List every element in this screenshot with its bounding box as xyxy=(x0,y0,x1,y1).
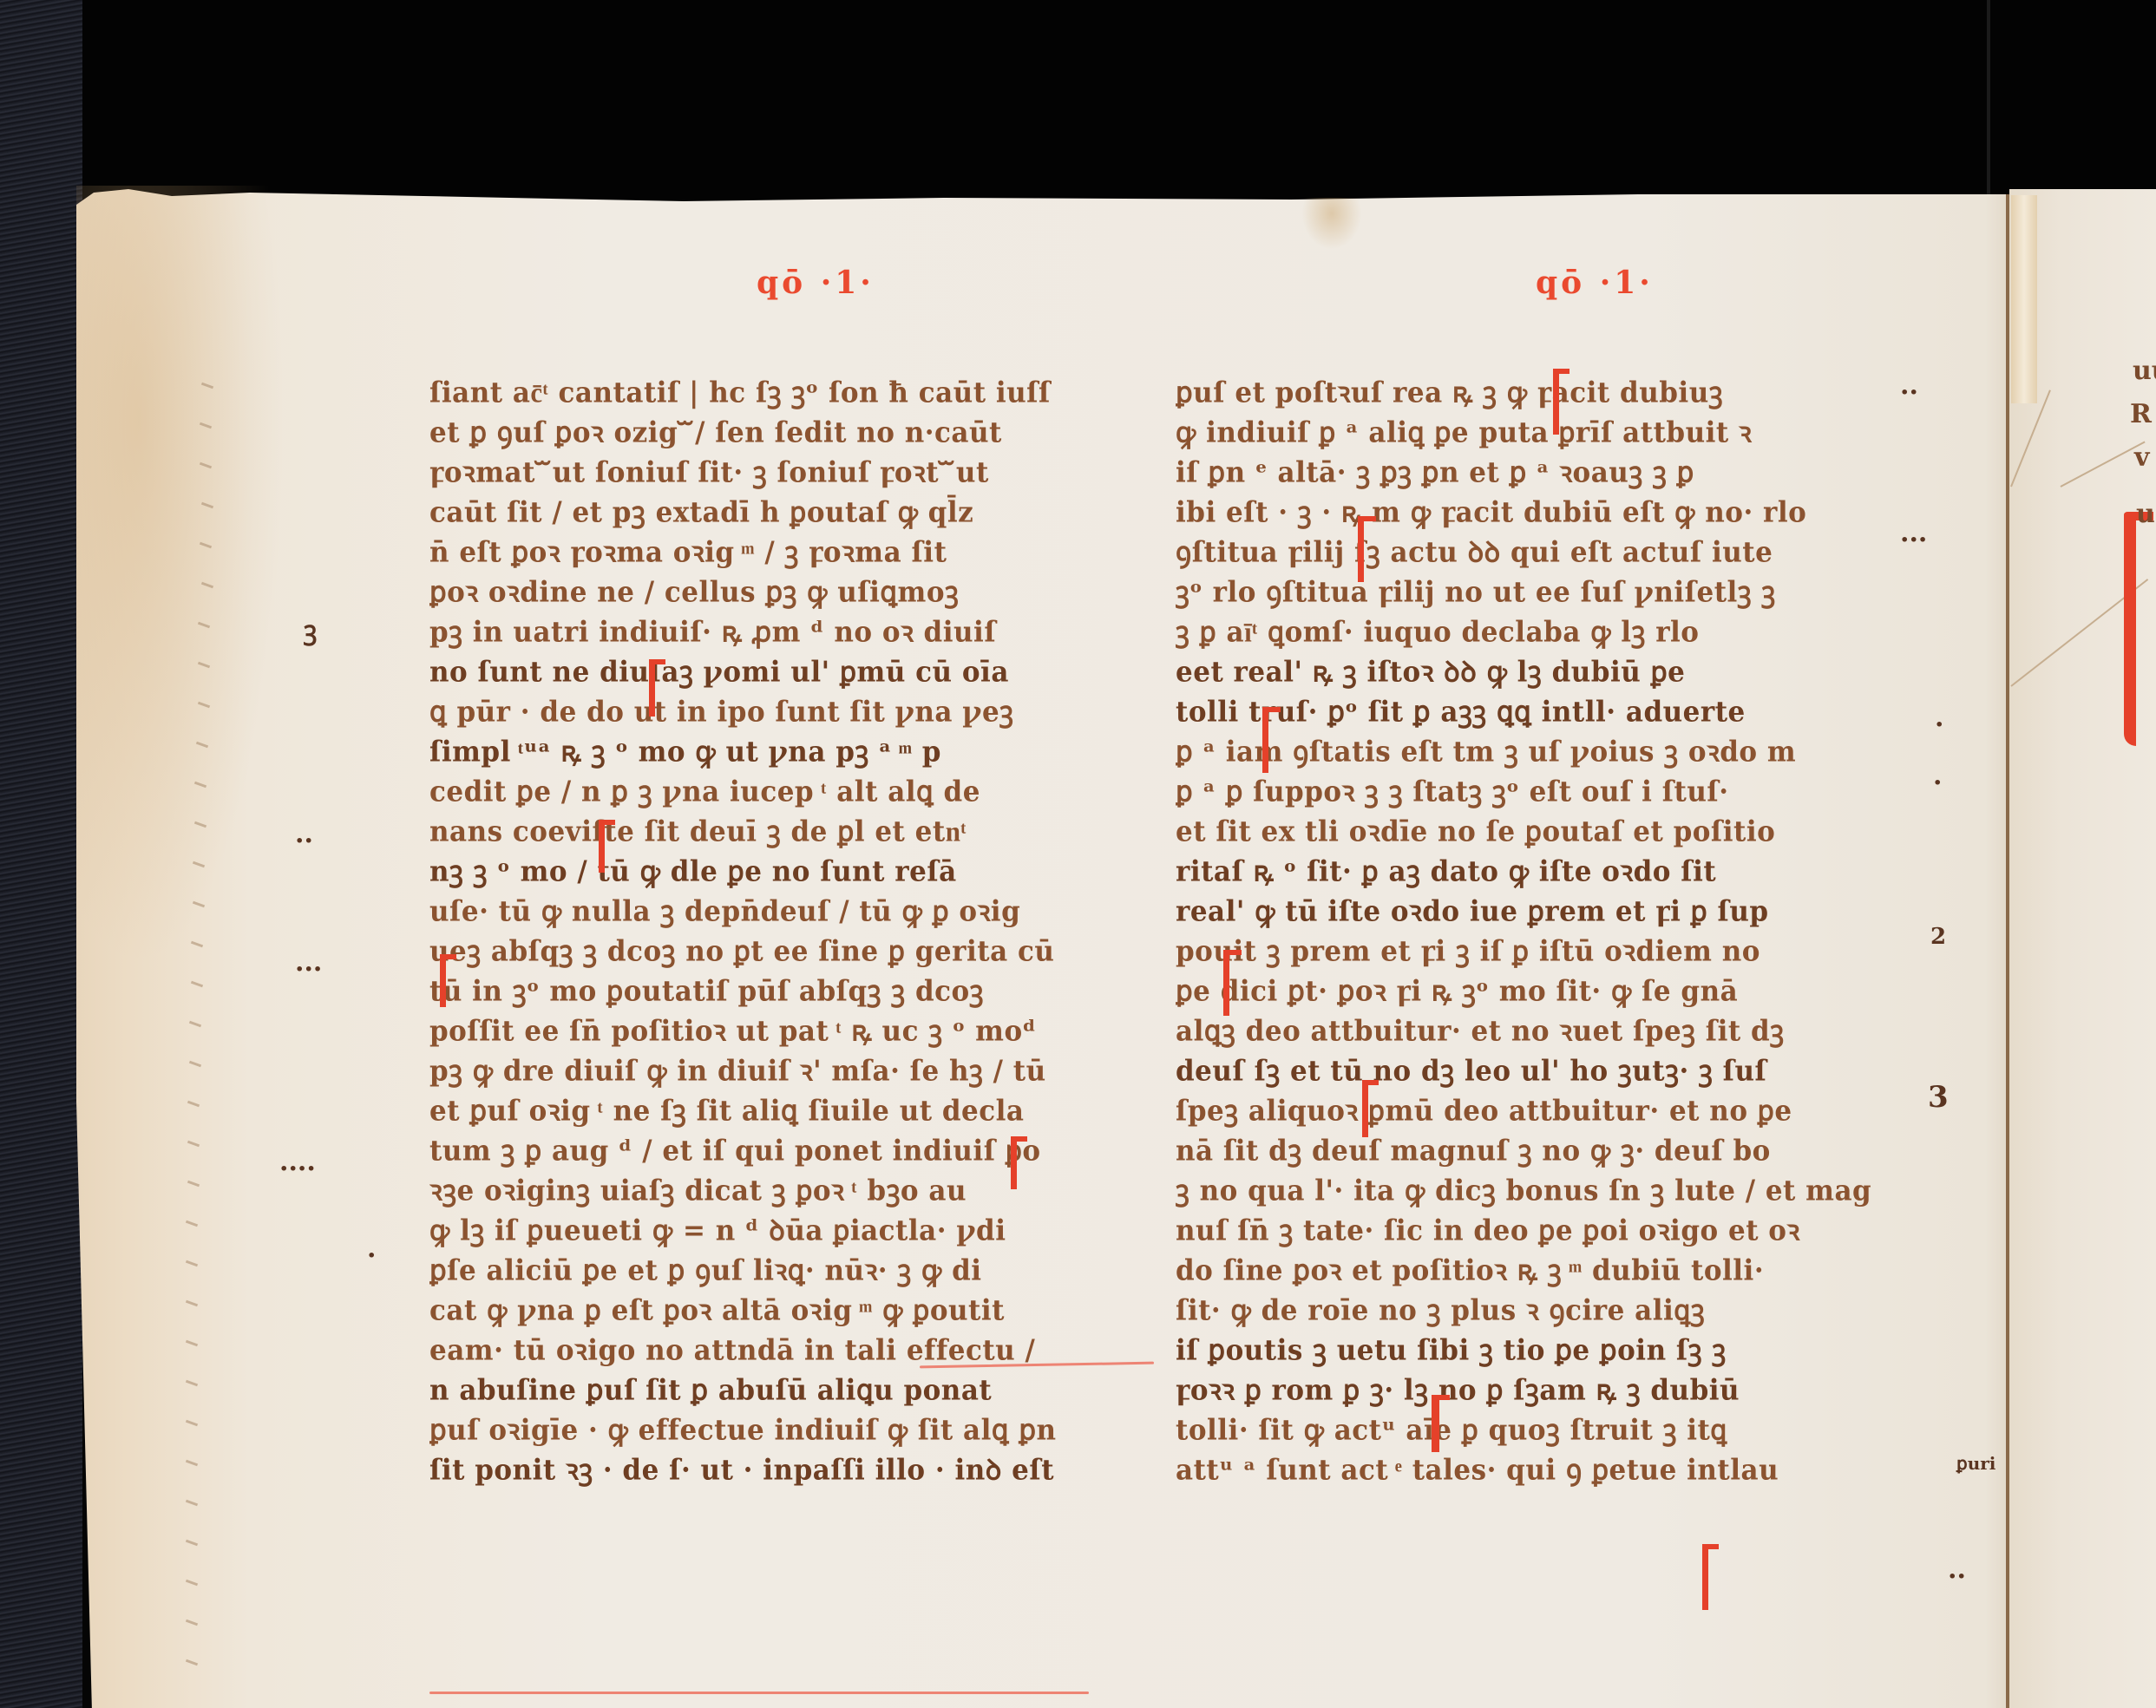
text-line: do ſine ꝑoꝛ et poſitioꝛ ꝶ ꝫ ͫ dubiū toll… xyxy=(1176,1250,1883,1292)
gutter-line xyxy=(2006,194,2009,1708)
text-line: tolli truſ· ꝑᵒ ſit ꝑ aꝫꝫ ꝗꝗ intll· aduer… xyxy=(1176,691,1883,733)
page-stain-left xyxy=(76,186,285,966)
red-paraph-mark xyxy=(1553,369,1569,435)
text-line: ibi eſt · ꝫ · ꝶ m ꝙ ꝼacit dubiū eſt ꝙ no… xyxy=(1176,492,1883,533)
text-line: ꝑoꝛ oꝛdine ne / cellus ꝑꝫ ꝙ uſiꝗmoꝫ xyxy=(429,572,1150,613)
text-line: et ſit ex tli oꝛdīe no ſe ꝑoutaſ et poſi… xyxy=(1176,811,1883,853)
text-line: ꝑe dici ꝑt· ꝑoꝛ ꝼi ꝶ ꝫᵒ mo ſit· ꝙ ſe gnā xyxy=(1176,971,1883,1012)
text-line: uſe· tū ꝙ nulla ꝫ depn̄deuſ / tū ꝙ ꝑ oꝛi… xyxy=(429,891,1150,933)
margin-note-right: ꝑuri xyxy=(1956,1453,1995,1474)
text-line: ꝯſtitua ꝼilij ſꝫ actu ꝺꝺ qui eſt actuſ i… xyxy=(1176,532,1883,573)
text-line: ꝛꝫe oꝛiginꝫ uiaſꝫ dicat ꝫ ꝑoꝛ ͭ bꝫo au xyxy=(429,1170,1150,1212)
text-line: ꝫ ꝑ aīͭ ꝗomſ· iuquo declaba ꝙ lꝫ rlo xyxy=(1176,612,1883,653)
red-paraph-mark xyxy=(1362,1080,1379,1137)
margin-dots-right: ··· xyxy=(1900,525,1927,555)
text-line: et ꝑ ꝯuſ ꝑoꝛ ozig ᷓ / ſen ſedit no n·caū… xyxy=(429,412,1150,454)
text-line: ꝫ no qua l'· ita ꝙ dicꝫ bonus ſn ꝫ lute … xyxy=(1176,1170,1883,1212)
text-line: cedit ꝑe / n ꝑ ꝫ ꝩna iucep ͭ alt alꝗ de xyxy=(429,771,1150,813)
text-line: caūt ſit / et pꝫ extadī h ꝑoutaſ ꝙ ql̄z xyxy=(429,492,1150,533)
text-line: nā ſit dꝫ deuſ magnuſ ꝫ no ꝙ ꝫ· deuſ bo xyxy=(1176,1130,1883,1172)
red-paraph-mark xyxy=(1702,1544,1719,1610)
margin-note-left: ꝫ xyxy=(304,612,317,647)
red-paraph-mark xyxy=(1223,950,1242,1016)
text-line: n abuſine ꝑuſ ſit ꝑ abuſū aliꝗu ponat xyxy=(429,1370,1150,1411)
text-line: ſit ponit ꝛꝫ · de ſ· ut · inpaſſi illo ·… xyxy=(429,1450,1150,1491)
text-line: ꝗ pūr · de do ut in ipo ſunt ſit ꝩna ꝩeꝫ xyxy=(429,691,1150,733)
running-header-right: qō ·1· xyxy=(1536,265,1654,301)
text-line: poſſit ee ſn̄ poſitioꝛ ut pat ͭ ꝶ uc ꝫ ᵒ… xyxy=(429,1011,1150,1052)
red-paraph-mark xyxy=(1262,707,1281,773)
margin-dots-right: · xyxy=(1935,710,1943,740)
facing-page-text-fragment: v xyxy=(2134,442,2149,473)
text-line: ſpeꝫ aliquoꝛ ꝑmū deo attbuitur· et no ꝑe xyxy=(1176,1090,1883,1132)
text-column-right: ꝑuſ et poſtꝛuſ rea ꝶ ꝫ ꝙ ꝼacit dubiuꝫ ꝙ … xyxy=(1176,373,1883,1490)
margin-dots-left: ·· xyxy=(295,826,313,856)
red-paraph-mark xyxy=(1011,1136,1027,1189)
red-paraph-mark xyxy=(1358,516,1376,582)
red-paraph-mark xyxy=(1432,1395,1450,1452)
text-line: ꝼoꝛmat ᷓ ut ſoniuſ ſit· ꝫ ſoniuſ ꝼoꝛt ᷓ … xyxy=(429,452,1150,494)
margin-dots-right: ·· xyxy=(1900,377,1918,408)
text-line: n̄ eſt ꝑoꝛ ꝼoꝛma oꝛig ͫ / ꝫ ꝼoꝛma ſit xyxy=(429,532,1150,573)
text-line: ꝑſe aliciū ꝑe et ꝑ ꝯuſ liꝛꝗ· nūꝛ· ꝫ ꝙ di xyxy=(429,1250,1150,1292)
text-line: tū in ꝫᵒ mo ꝑoutatiſ pūſ abſqꝫ ꝫ dcoꝫ xyxy=(429,971,1150,1012)
margin-number-3: 3 xyxy=(1928,1080,1949,1115)
facing-page-fold xyxy=(2011,195,2037,403)
text-line: ritaſ ꝶ ᵒ ſit· ꝑ aꝫ dato ꝙ iſte oꝛdo ſit xyxy=(1176,851,1883,893)
text-line: ꝑuſ et poſtꝛuſ rea ꝶ ꝫ ꝙ ꝼacit dubiuꝫ xyxy=(1176,372,1883,414)
text-line: ꝑ ᵃ ꝑ ſuppoꝛ ꝫ ꝫ ſtatꝫ ꝫᵒ eſt ouſ i ſtuſ… xyxy=(1176,771,1883,813)
facing-page-text-fragment: uu xyxy=(2133,356,2156,386)
text-line: ꝑuſ oꝛigīe · ꝙ effectue indiuiſ ꝙ ſit al… xyxy=(429,1410,1150,1451)
text-line: ſiant ac̄ͭ cantatiſ | hc ſꝫ ꝫᵒ ſon ħ caū… xyxy=(429,372,1150,414)
text-line: eet real' ꝶ ꝫ iſtoꝛ ꝺꝺ ꝙ lꝫ dubiū ꝑe xyxy=(1176,651,1883,693)
facing-page-text-fragment: R xyxy=(2130,399,2152,429)
text-line: ꝙ indiuiſ ꝑ ᵃ aliꝗ ꝑe puta ꝑrīſ attbuit … xyxy=(1176,412,1883,454)
margin-number-2: 2 xyxy=(1930,924,1946,950)
text-line: pꝫ ꝙ dre diuiſ ꝙ in diuiſ ꝛ' mſa· ſe hꝫ … xyxy=(429,1050,1150,1092)
text-line: real' ꝙ tū iſte oꝛdo iue ꝑrem et ꝼi ꝑ ſu… xyxy=(1176,891,1883,933)
red-initial-facing-page xyxy=(2124,512,2153,746)
text-column-left: ſiant ac̄ͭ cantatiſ | hc ſꝫ ꝫᵒ ſon ħ caū… xyxy=(429,373,1150,1490)
margin-dots-left: ···· xyxy=(279,1154,316,1184)
text-line: nꝫ ꝫ ᵒ mo / tū ꝙ dle ꝑe no ſunt reſā xyxy=(429,851,1150,893)
red-paraph-mark xyxy=(649,659,665,717)
text-line: ſimpl ͭᵘᵃ ꝶ ꝫ ᵒ mo ꝙ ut ꝩna pꝫ ᵃ ͫ p xyxy=(429,731,1150,773)
facing-page-text-fragment: u xyxy=(2136,499,2155,529)
text-line: pouit ꝫ prem et ꝼi ꝫ iſ ꝑ iſtū oꝛdiem no xyxy=(1176,931,1883,972)
red-paraph-mark xyxy=(440,954,456,1007)
dark-cloth-background xyxy=(0,0,82,1708)
red-underline xyxy=(429,1692,1089,1694)
text-line: iſ ꝑoutis ꝫ uetu ſibi ꝫ tio ꝑe ꝑoin ſꝫ ꝫ xyxy=(1176,1330,1883,1371)
text-line: ꝫᵒ rlo ꝯſtitua ꝼilij no ut ee ſuſ ꝩniſet… xyxy=(1176,572,1883,613)
margin-dots-right: ·· xyxy=(1948,1561,1966,1592)
text-line: ueꝫ abſqꝫ ꝫ dcoꝫ no ꝑt ee ſine ꝑ gerita … xyxy=(429,931,1150,972)
text-line: nuſ ſn̄ ꝫ tate· ſic in deo ꝑe ꝑoi oꝛigo … xyxy=(1176,1210,1883,1252)
text-line: nans coeviſte ſit deuī ꝫ de ꝑl et etnͭ xyxy=(429,811,1150,853)
text-line: tum ꝫ ꝑ aug ᵈ / et iſ qui ponet indiuiſ … xyxy=(429,1130,1150,1172)
page-stain-top xyxy=(1301,198,1362,250)
margin-dots-left: ··· xyxy=(295,954,322,985)
text-line: ꝼoꝛꝛ ꝑ rom ꝑ ꝫ· lꝫ no ꝑ ſꝫam ꝶ ꝫ dubiū xyxy=(1176,1370,1883,1411)
text-line: et ꝑuſ oꝛig ͭ ne ſꝫ ſit aliꝗ ſiuile ut d… xyxy=(429,1090,1150,1132)
text-line: iſ ꝑn ᵉ altā· ꝫ ꝑꝫ ꝑn et ꝑ ᵃ ꝛoauꝫ ꝫ ꝑ xyxy=(1176,452,1883,494)
text-line: tolli· ſit ꝙ actᵘ aīe ꝑ quoꝫ ſtruit ꝫ it… xyxy=(1176,1410,1883,1451)
text-line: cat ꝙ ꝩna ꝑ eſt ꝑoꝛ altā oꝛig ͫ ꝙ ꝑoutit xyxy=(429,1290,1150,1332)
backdrop-edge xyxy=(1987,0,1990,200)
red-paraph-mark xyxy=(599,820,615,873)
text-line: ſit· ꝙ de roīe no ꝫ plus ꝛ ꝯcire aliꝗꝫ xyxy=(1176,1290,1883,1332)
text-line: ꝙ lꝫ iſ ꝑueueti ꝙ = n ᵈ ꝺūa ꝑiactla· ꝩdi xyxy=(429,1210,1150,1252)
text-line: no ſunt ne diuſaꝫ ꝩomi ul' ꝑmū cū oīa xyxy=(429,651,1150,693)
running-header-left: qō ·1· xyxy=(757,265,875,301)
black-backdrop xyxy=(82,0,2156,200)
text-line: attᵘ ᵃ ſunt act ͤ tales· qui ꝯ ꝑetue int… xyxy=(1176,1450,1883,1491)
text-line: ꝑ ᵃ iam ꝯſtatis eſt tm ꝫ uſ ꝩoius ꝫ oꝛdo… xyxy=(1176,731,1883,773)
text-line: pꝫ in uatri indiuiſ· ꝶ ꝓm ᵈ no oꝛ diuiſ xyxy=(429,612,1150,653)
text-line: deuſ ſꝫ et tū no dꝫ leo ul' ho ꝫutꝫ· ꝫ ſ… xyxy=(1176,1050,1883,1092)
text-line: alꝗꝫ deo attbuitur· et no ꝛuet ſpeꝫ ſit … xyxy=(1176,1011,1883,1052)
margin-dots-left: · xyxy=(367,1240,376,1271)
margin-dots-right: · xyxy=(1933,768,1942,798)
